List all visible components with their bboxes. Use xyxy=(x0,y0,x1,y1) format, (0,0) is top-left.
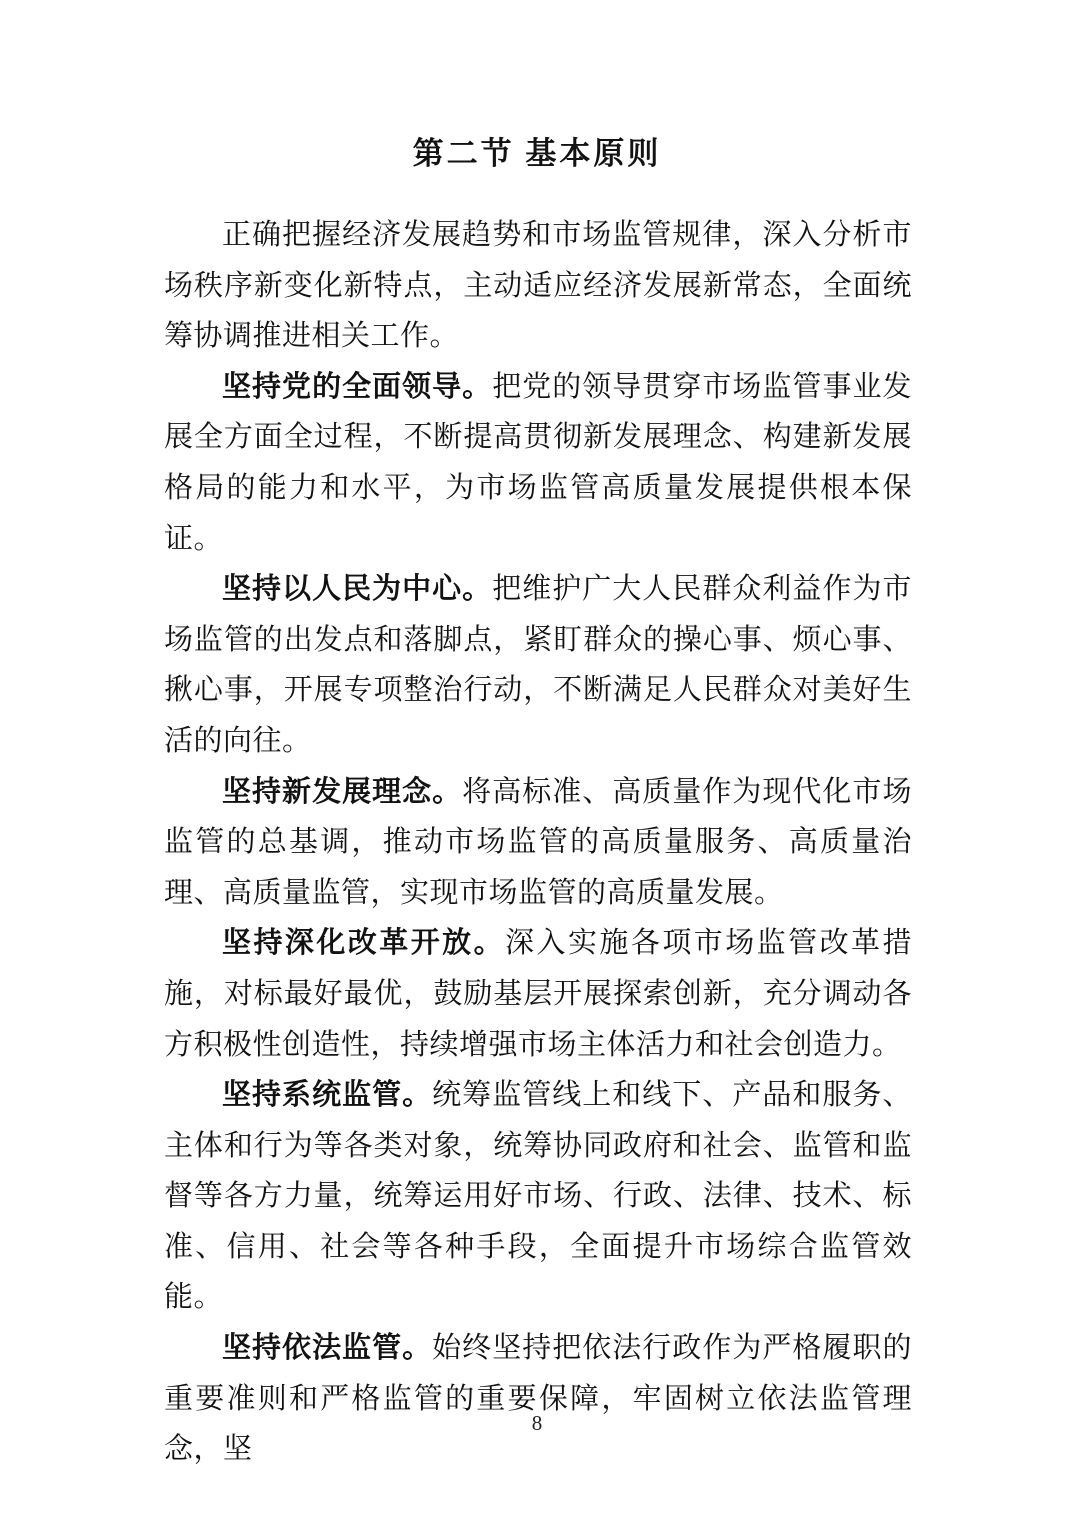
paragraph-lead: 坚持深化改革开放。 xyxy=(222,927,505,959)
document-body: 正确把握经济发展趋势和市场监管规律，深入分析市场秩序新变化新特点，主动适应经济发… xyxy=(164,210,912,1475)
paragraph-people-centered: 坚持以人民为中心。把维护广大人民群众利益作为市场监管的出发点和落脚点，紧盯群众的… xyxy=(164,564,912,766)
section-title: 第二节 基本原则 xyxy=(0,134,1074,174)
paragraph-lead: 坚持党的全面领导。 xyxy=(222,371,492,403)
paragraph-law-based-regulation: 坚持依法监管。始终坚持把依法行政作为严格履职的重要准则和严格监管的重要保障，牢固… xyxy=(164,1323,912,1475)
page-number: 8 xyxy=(0,1411,1074,1436)
paragraph-text: 统筹监管线上和线下、产品和服务、主体和行为等各类对象，统筹协同政府和社会、监管和… xyxy=(164,1079,912,1313)
paragraph-deepen-reform: 坚持深化改革开放。深入实施各项市场监管改革措施，对标最好最优，鼓励基层开展探索创… xyxy=(164,918,912,1070)
paragraph-intro: 正确把握经济发展趋势和市场监管规律，深入分析市场秩序新变化新特点，主动适应经济发… xyxy=(164,210,912,362)
paragraph-text: 正确把握经济发展趋势和市场监管规律，深入分析市场秩序新变化新特点，主动适应经济发… xyxy=(164,219,912,352)
paragraph-lead: 坚持系统监管。 xyxy=(222,1079,432,1111)
document-page: 第二节 基本原则 正确把握经济发展趋势和市场监管规律，深入分析市场秩序新变化新特… xyxy=(0,0,1074,1520)
paragraph-lead: 坚持以人民为中心。 xyxy=(222,573,492,605)
paragraph-lead: 坚持新发展理念。 xyxy=(222,776,462,808)
paragraph-party-leadership: 坚持党的全面领导。把党的领导贯穿市场监管事业发展全方面全过程，不断提高贯彻新发展… xyxy=(164,362,912,564)
paragraph-new-development-concept: 坚持新发展理念。将高标准、高质量作为现代化市场监管的总基调，推动市场监管的高质量… xyxy=(164,767,912,919)
paragraph-lead: 坚持依法监管。 xyxy=(222,1332,432,1364)
paragraph-systematic-regulation: 坚持系统监管。统筹监管线上和线下、产品和服务、主体和行为等各类对象，统筹协同政府… xyxy=(164,1070,912,1323)
